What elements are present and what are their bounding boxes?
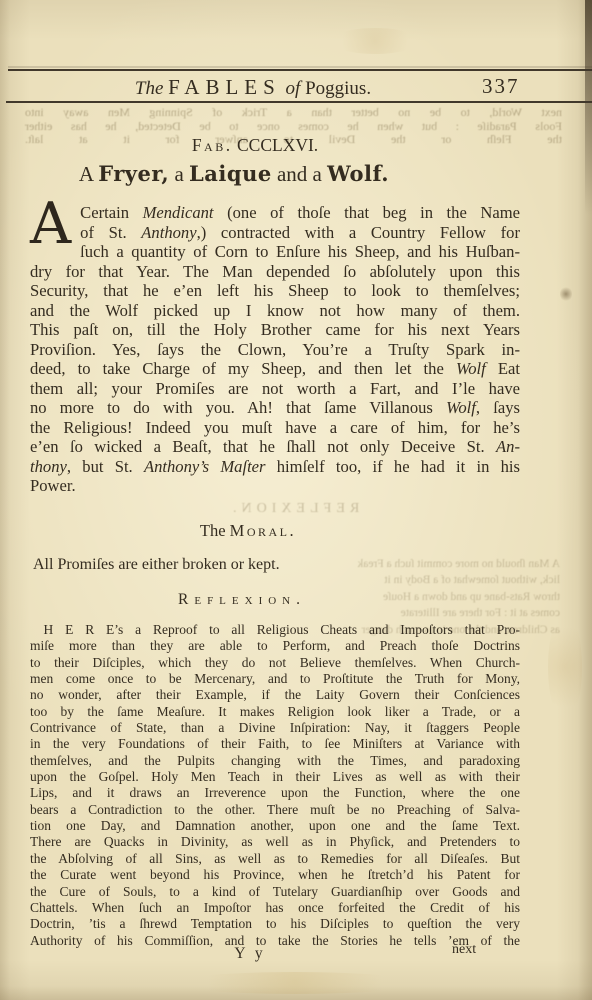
running-head: The FABLES of Poggius. [135,75,371,100]
text-line: Authority of his Commiſſion, and to take… [30,933,520,949]
text-line: themſelves, and the Pulpits changing wit… [30,753,520,769]
fable-title: A Fryer, a Laique and a Wolf. [79,161,389,187]
paper-stain [548,612,582,722]
text-line: next World, to be no better than a Trick… [25,106,562,120]
paper-stain [330,28,420,54]
page-edge-left-shading [0,0,10,1000]
page-edge-bottom-shading [0,986,592,1000]
text-segment: of [281,78,305,99]
header-rule-bottom [6,101,592,103]
signature-mark: Y y [234,945,265,963]
text-line: upon the Goſpel. Holy Men Teach in their… [30,769,520,785]
text-line: the Abſolving of all Sins, as well as to… [30,851,520,867]
text-line: them all; your Promiſes are not worth a … [30,379,520,399]
text-segment: Wolf. [327,161,389,186]
showthrough-text-reflexion: REFLEXION. [228,501,359,517]
text-line: Proviſion. Yes, ſays the Clown, You’re a… [30,340,520,360]
text-line: lick, without ſomewhat of a Body in it [298,572,560,588]
reflexion-heading: Reflexion. [178,591,306,609]
text-line: Security, that he e’en left his Sheep to… [30,281,520,301]
text-line: of St. Anthony,) contracted with a Count… [30,223,520,243]
text-line: no more to do with you. Ah! that ſame Vi… [30,398,520,418]
text-line: the Cure of Souls, to a kind of Tutelary… [30,884,520,900]
text-line: Lips, and it draws an Irreverence upon t… [30,785,520,801]
text-segment: CCCLXVI. [233,135,319,155]
text-line: to their Diſciples, which they do not Be… [30,655,520,671]
text-line: ſuch a quantity of Corn to Enſure his Sh… [30,242,520,262]
text-segment: Poggius. [305,78,371,99]
text-segment: FABLES [168,75,281,99]
drop-cap: A [30,203,80,244]
text-segment: The [200,521,230,540]
text-line: H E R E’s a Reproof to all Religious Che… [30,622,520,638]
text-segment: a [169,162,189,186]
text-line: Fools Paradiſe : but when he comes once … [25,120,562,134]
text-line: dry for that Year. The Man depended ſo a… [30,262,520,282]
text-segment: Laique [189,161,272,186]
text-line: tion one Day, and Damnation another, upo… [30,818,520,834]
text-segment: A [79,162,98,186]
text-line: men come once to be Mercenary, and to Pr… [30,671,520,687]
text-segment: Reflexion. [178,591,306,608]
text-line: miſe more than they are able to Perform,… [30,638,520,654]
text-line: Power. [30,476,520,496]
text-line: the Curate went beyond his Province, whe… [30,867,520,883]
fable-lines: Certain Mendicant (one of thoſe that beg… [30,203,520,496]
text-line: e’en ſo wicked a Beaſt, that he ſhall no… [30,437,520,457]
paper-stain [170,972,420,994]
text-line: and the Wolf picked up I know not how ma… [30,301,520,321]
book-page: next World, to be no better than a Trick… [0,0,592,1000]
text-line: Contrivance of State, than a Divine Inſp… [30,720,520,736]
page-number: 337 [482,74,520,99]
fable-paragraph: A Certain Mendicant (one of thoſe that b… [30,203,520,496]
text-line: A Man ſhould no more commit ſuch a Freak [298,556,560,572]
text-line: no wonder, after their Example, if the L… [30,687,520,703]
reflexion-paragraph: H E R E’s a Reproof to all Religious Che… [30,622,520,949]
header-rule-top [8,69,592,71]
moral-text: All Promiſes are either broken or kept. [33,556,280,574]
text-line: throw Rats-bane up and down a Houſe [298,589,560,605]
text-segment: Fryer, [98,161,169,186]
text-line: Certain Mendicant (one of thoſe that beg… [30,203,520,223]
text-line: This paſt on, till the Holy Brother came… [30,320,520,340]
text-line: deed, to take Charge of my Sheep, and th… [30,359,520,379]
text-line: too by the ſame Meaſure. It makes Religi… [30,704,520,720]
text-segment: The [135,78,168,99]
text-line: the Religious! Indeed you muſt have a ca… [30,418,520,438]
text-line: in the very Foundations of their Faith, … [30,736,520,752]
text-segment: Moral. [230,521,296,540]
text-line: There are Quacks in Divinity, as well as… [30,834,520,850]
text-segment: and a [272,162,327,186]
text-segment: Fab. [192,135,233,155]
text-line: comes at it : For there are Illiterate [298,605,560,621]
paper-stain [560,286,572,302]
page-edge-right-shading [578,0,592,1000]
fable-number-heading: Fab. CCCLXVI. [192,135,318,156]
text-line: Chattels. When ſuch an Impoſtor has once… [30,900,520,916]
moral-heading: The Moral. [200,521,296,541]
text-line: bears a Contradiction to the other. Ther… [30,802,520,818]
binding-shadow [585,0,592,215]
text-line: thony, but St. Anthony’s Maſter himſelf … [30,457,520,477]
text-line: Doctrin, ’tis a ſhrewd Temptation to his… [30,916,520,932]
catchword: next [452,942,476,958]
